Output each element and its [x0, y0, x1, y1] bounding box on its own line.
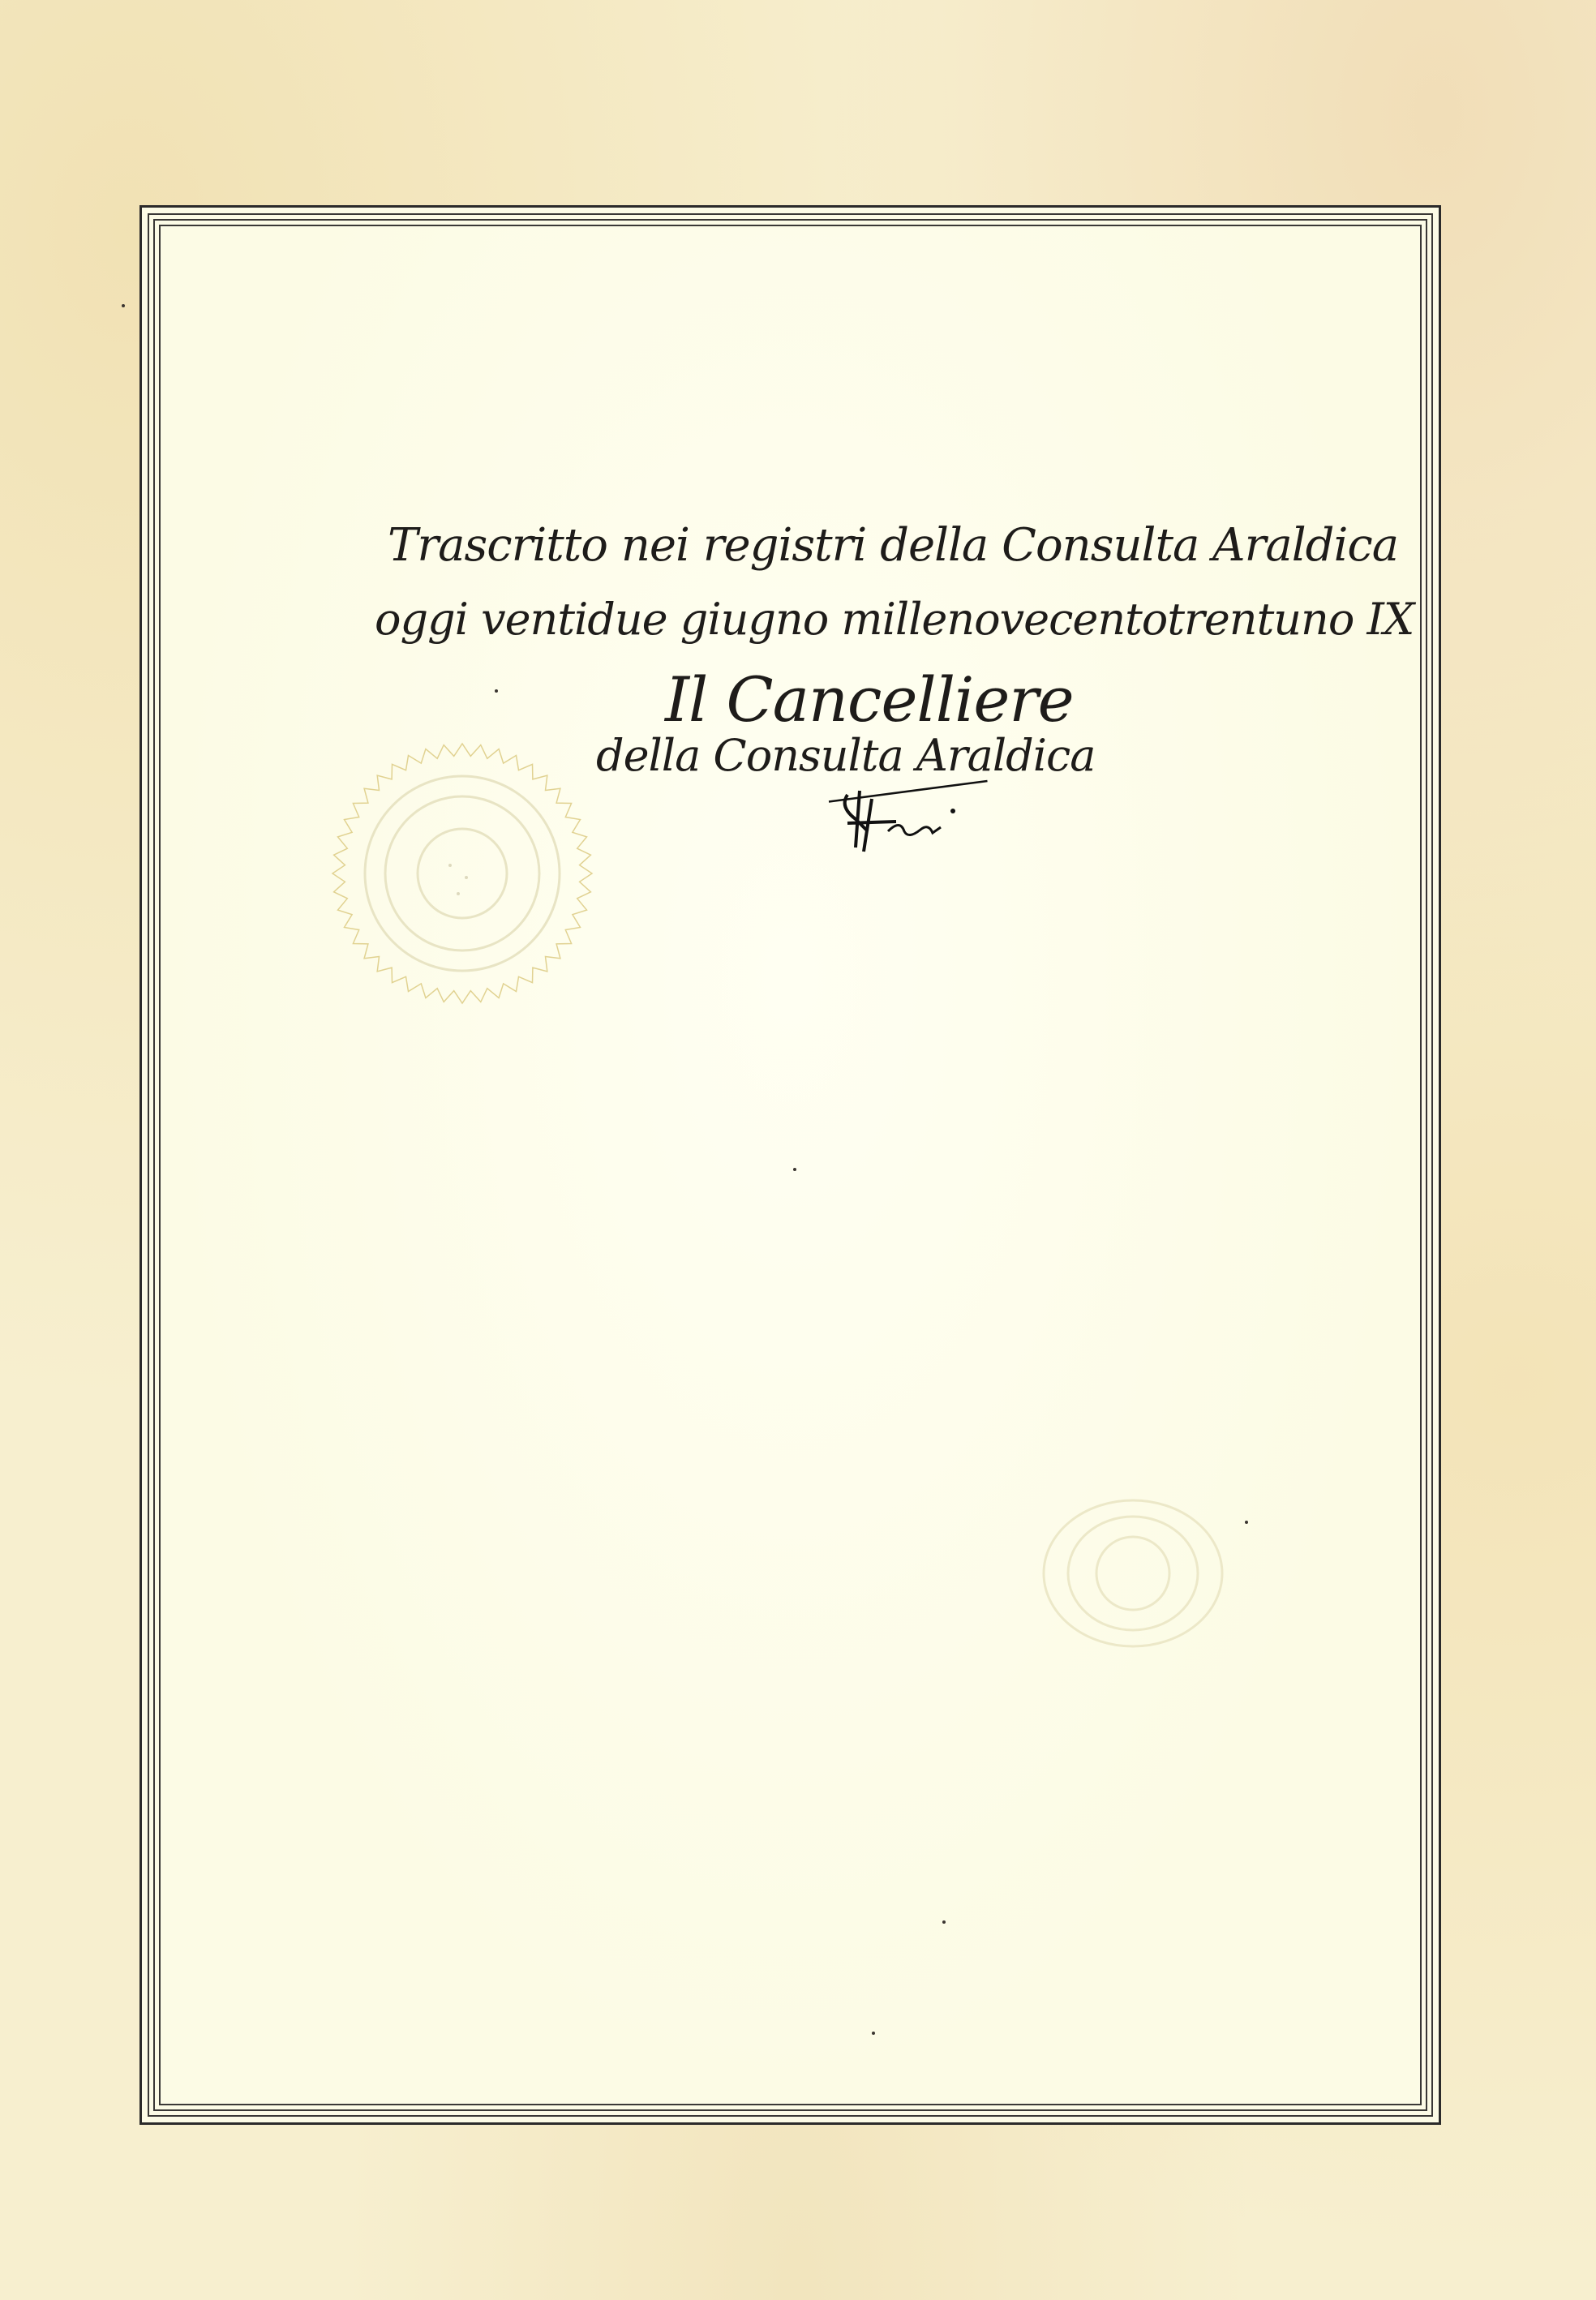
paper-speck [942, 1920, 946, 1924]
paper-speck [122, 304, 125, 307]
chancellor-title: Il Cancelliere [665, 663, 1074, 736]
embossed-seal-right-icon [1032, 1492, 1234, 1654]
transcription-line-1: Trascritto nei registri della Consulta A… [388, 519, 1398, 572]
paper-speck [793, 1168, 796, 1171]
embossed-seal-left-icon [328, 740, 596, 1007]
paper-speck [872, 2032, 875, 2035]
transcription-line-2: oggi ventidue giugno millenovecentotrent… [375, 594, 1414, 645]
signature-icon [823, 775, 1010, 856]
paper-speck [495, 689, 498, 693]
chancellor-office: della Consulta Araldica [596, 730, 1095, 781]
page-border-frame [139, 205, 1441, 2125]
paper-speck [1245, 1521, 1248, 1524]
inner-panel [162, 228, 1418, 2102]
